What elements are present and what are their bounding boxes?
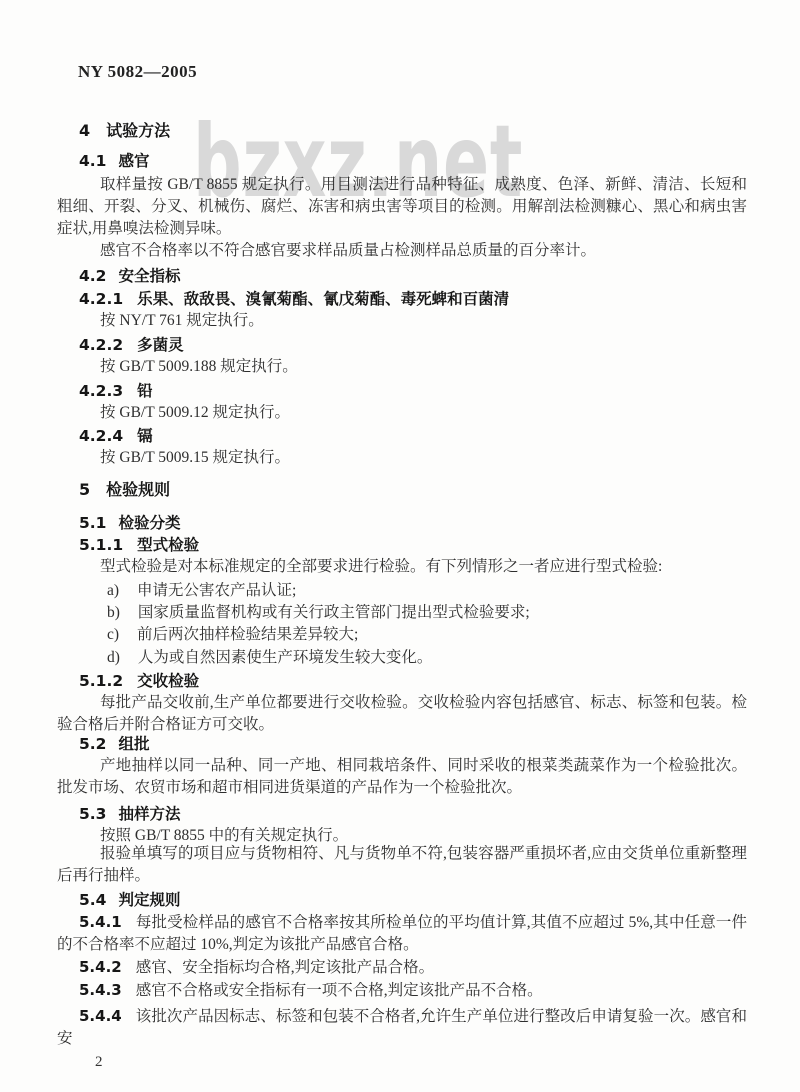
clause-heading-4-2-1: 4.2.1乐果、敌敌畏、溴氰菊酯、氰戊菊酯、毒死蜱和百菌清 xyxy=(57,288,747,310)
clause-number: 5.1.2 xyxy=(79,672,123,690)
list-marker: c) xyxy=(107,626,119,643)
clause-heading-4-2-2: 4.2.2多菌灵 xyxy=(57,334,747,356)
list-item-text: 申请无公害农产品认证; xyxy=(137,582,296,599)
clause-number: 5.3 xyxy=(79,805,106,823)
clause-title: 乐果、敌敌畏、溴氰菊酯、氰戊菊酯、毒死蜱和百菌清 xyxy=(137,290,509,308)
chapter-number: 4 xyxy=(79,121,90,140)
clause-text: 该批次产品因标志、标签和包装不合格者,允许生产单位进行整改后申请复验一次。感官和… xyxy=(57,1008,747,1047)
clause-heading-5-2: 5.2组批 xyxy=(57,733,747,755)
list-item-b: b)国家质量监督机构或有关行政主管部门提出型式检验要求; xyxy=(107,602,747,624)
list-item-text: 人为或自然因素使生产环境发生较大变化。 xyxy=(138,649,433,666)
list-item-a: a)申请无公害农产品认证; xyxy=(107,580,747,602)
clause-title: 抽样方法 xyxy=(118,805,180,823)
list-item-text: 前后两次抽样检验结果差异较大; xyxy=(137,626,358,643)
clause-heading-5-4: 5.4判定规则 xyxy=(57,889,747,911)
clause-number: 5.1 xyxy=(79,514,106,532)
chapter-title: 试验方法 xyxy=(106,121,170,140)
page-content: 4试验方法 4.1感官 取样量按 GB/T 8855 规定执行。用目测法进行品种… xyxy=(57,0,747,1071)
paragraph-5-1-1: 型式检验是对本标准规定的全部要求进行检验。有下列情形之一者应进行型式检验: xyxy=(57,556,747,578)
clause-heading-4-2-3: 4.2.3铅 xyxy=(57,380,747,402)
list-marker: d) xyxy=(107,649,120,666)
clause-heading-5-3: 5.3抽样方法 xyxy=(57,803,747,825)
clause-title: 感官 xyxy=(118,152,149,170)
clause-number: 4.2.2 xyxy=(79,336,123,354)
list-item-c: c)前后两次抽样检验结果差异较大; xyxy=(107,624,747,646)
paragraph-4-1-1: 取样量按 GB/T 8855 规定执行。用目测法进行品种特征、成熟度、色泽、新鲜… xyxy=(57,174,747,240)
clause-text: 感官、安全指标均合格,判定该批产品合格。 xyxy=(136,959,434,976)
list-item-d: d)人为或自然因素使生产环境发生较大变化。 xyxy=(107,647,747,669)
list-item-text: 国家质量监督机构或有关行政主管部门提出型式检验要求; xyxy=(138,604,530,621)
clause-heading-4-2: 4.2安全指标 xyxy=(57,265,747,287)
paragraph-4-2-4: 按 GB/T 5009.15 规定执行。 xyxy=(57,447,747,469)
chapter-title: 检验规则 xyxy=(106,480,170,499)
list-marker: a) xyxy=(107,582,119,599)
clause-number: 5.4.4 xyxy=(79,1007,122,1025)
clause-number: 4.2.3 xyxy=(79,382,123,400)
paragraph-5-3-2: 报验单填写的项目应与货物相符、凡与货物单不符,包装容器严重损坏者,应由交货单位重… xyxy=(57,843,747,887)
clause-text: 感官不合格或安全指标有一项不合格,判定该批产品不合格。 xyxy=(136,982,543,999)
clause-number: 5.4 xyxy=(79,891,106,909)
clause-number: 5.4.1 xyxy=(79,913,122,931)
clause-title: 检验分类 xyxy=(118,514,180,532)
clause-title: 镉 xyxy=(137,427,153,445)
clause-number: 4.1 xyxy=(79,152,106,170)
clause-heading-5-1-2: 5.1.2交收检验 xyxy=(57,670,747,692)
chapter-heading-5: 5检验规则 xyxy=(57,479,747,501)
clause-title: 判定规则 xyxy=(118,891,180,909)
clause-heading-4-1: 4.1感官 xyxy=(57,150,747,172)
paragraph-4-1-2: 感官不合格率以不符合感官要求样品质量占检测样品总质量的百分率计。 xyxy=(57,240,747,262)
standard-code-header: NY 5082—2005 xyxy=(78,62,197,82)
chapter-heading-4: 4试验方法 xyxy=(57,120,747,142)
clause-text: 每批受检样品的感官不合格率按其所检单位的平均值计算,其值不应超过 5%,其中任意… xyxy=(57,914,747,953)
paragraph-5-2: 产地抽样以同一品种、同一产地、相同栽培条件、同时采收的根菜类蔬菜作为一个检验批次… xyxy=(57,755,747,799)
clause-number: 4.2.1 xyxy=(79,290,123,308)
clause-number: 5.1.1 xyxy=(79,536,123,554)
clause-heading-5-1: 5.1检验分类 xyxy=(57,512,747,534)
clause-number: 4.2 xyxy=(79,267,106,285)
clause-title: 组批 xyxy=(118,735,149,753)
clause-title: 型式检验 xyxy=(137,536,199,554)
numbered-paragraph-5-4-4: 5.4.4该批次产品因标志、标签和包装不合格者,允许生产单位进行整改后申请复验一… xyxy=(57,1005,747,1050)
paragraph-4-2-1: 按 NY/T 761 规定执行。 xyxy=(57,310,747,332)
clause-heading-5-1-1: 5.1.1型式检验 xyxy=(57,534,747,556)
page-number: 2 xyxy=(95,1054,747,1071)
numbered-paragraph-5-4-3: 5.4.3感官不合格或安全指标有一项不合格,判定该批产品不合格。 xyxy=(57,979,747,1002)
list-marker: b) xyxy=(107,604,120,621)
chapter-number: 5 xyxy=(79,480,90,499)
clause-number: 5.4.3 xyxy=(79,981,122,999)
paragraph-5-1-2: 每批产品交收前,生产单位都要进行交收检验。交收检验内容包括感官、标志、标签和包装… xyxy=(57,692,747,736)
clause-heading-4-2-4: 4.2.4镉 xyxy=(57,425,747,447)
numbered-paragraph-5-4-2: 5.4.2感官、安全指标均合格,判定该批产品合格。 xyxy=(57,956,747,979)
clause-number: 4.2.4 xyxy=(79,427,123,445)
clause-title: 铅 xyxy=(137,382,153,400)
numbered-paragraph-5-4-1: 5.4.1每批受检样品的感官不合格率按其所检单位的平均值计算,其值不应超过 5%… xyxy=(57,911,747,956)
scanned-standard-page: bzxz.net NY 5082—2005 4试验方法 4.1感官 取样量按 G… xyxy=(0,0,800,1092)
paragraph-4-2-3: 按 GB/T 5009.12 规定执行。 xyxy=(57,402,747,424)
clause-number: 5.2 xyxy=(79,735,106,753)
paragraph-4-2-2: 按 GB/T 5009.188 规定执行。 xyxy=(57,356,747,378)
clause-title: 交收检验 xyxy=(137,672,199,690)
clause-title: 多菌灵 xyxy=(137,336,184,354)
clause-number: 5.4.2 xyxy=(79,958,122,976)
clause-title: 安全指标 xyxy=(118,267,180,285)
